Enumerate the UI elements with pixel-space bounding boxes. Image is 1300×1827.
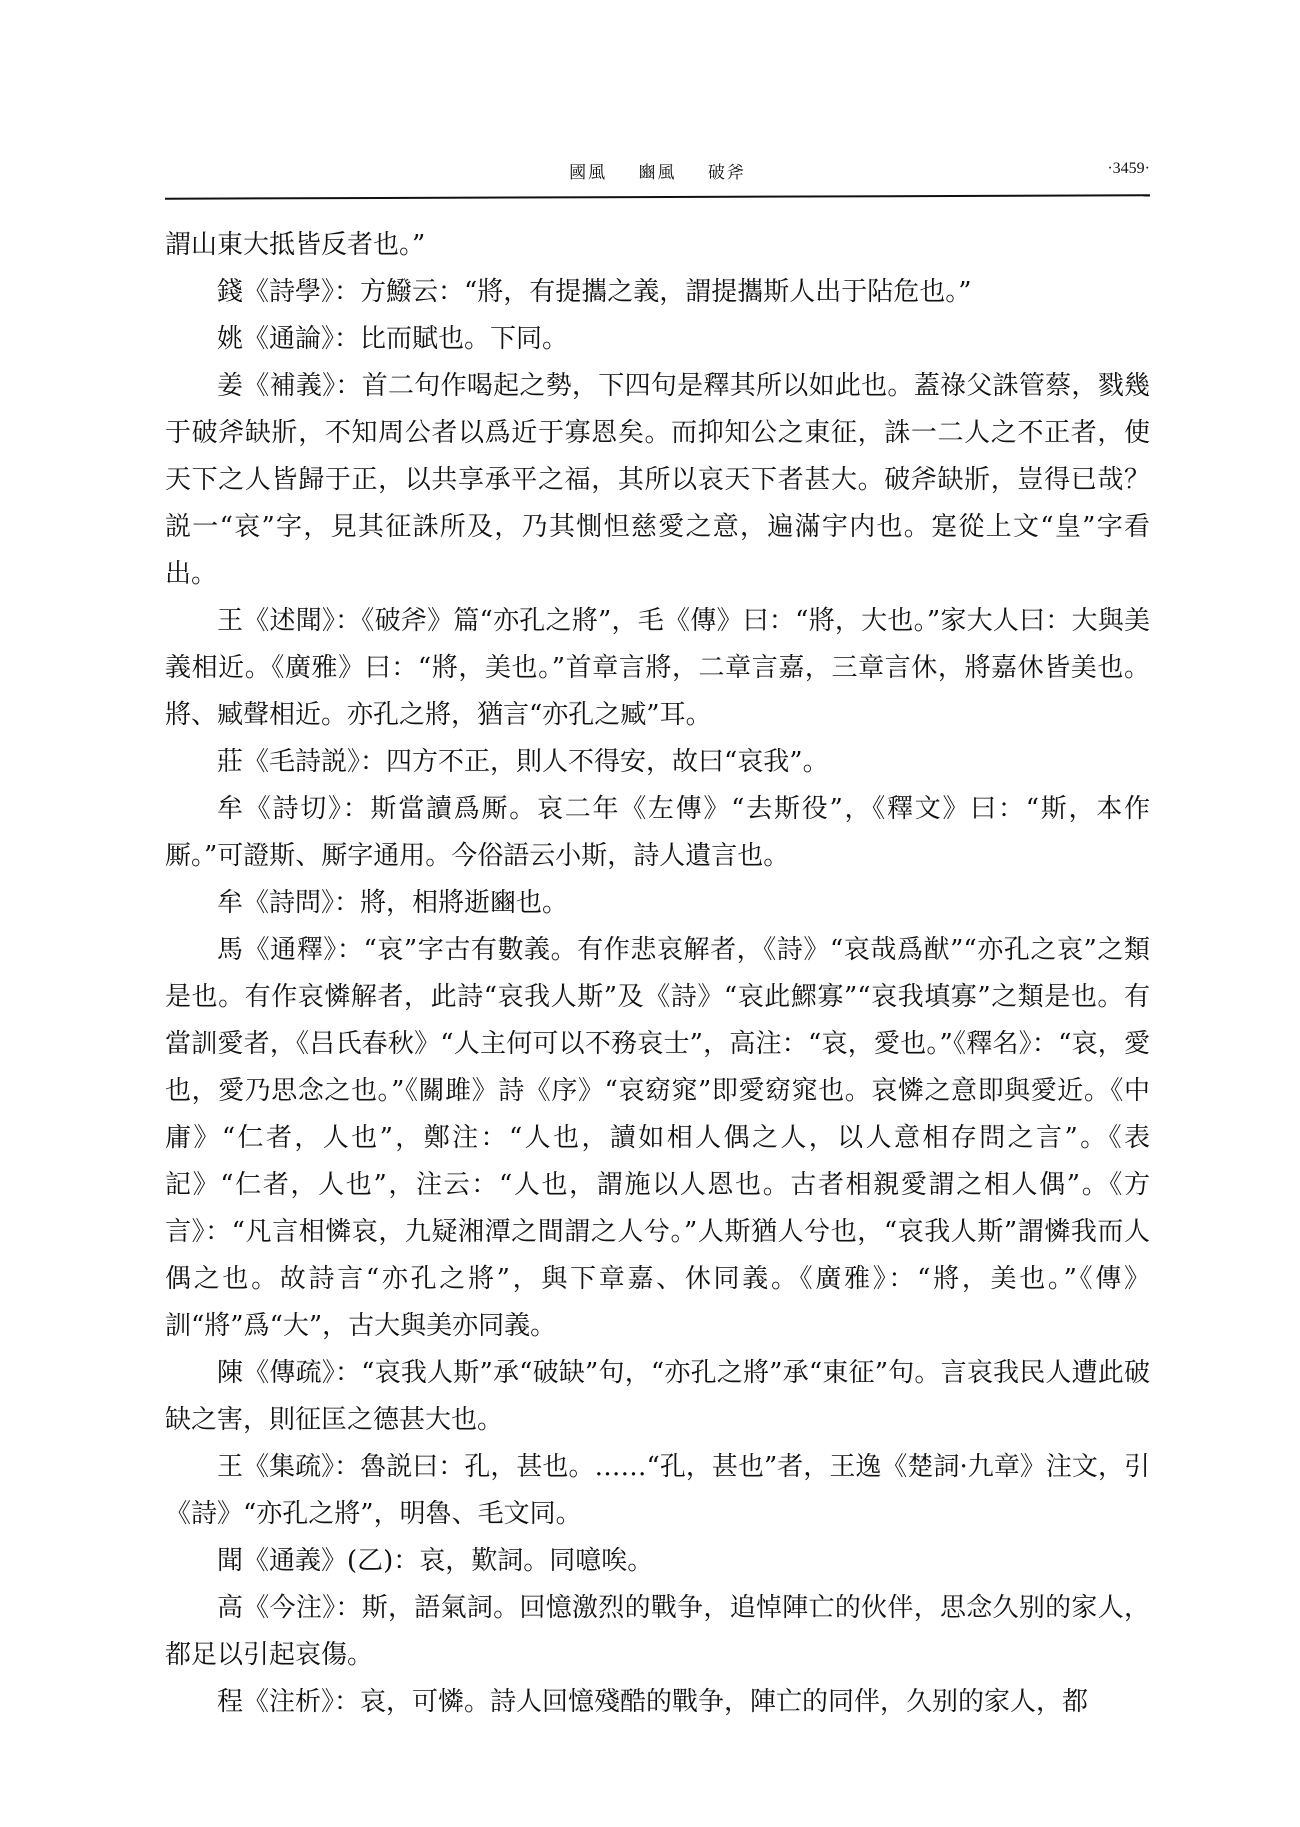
page-number: ·3459· (1107, 160, 1150, 178)
paragraph: 陳《傳疏》：“哀我人斯”承“破缺”句，“亦孔之將”承“東征”句。言哀我民人遭此破… (165, 1350, 1150, 1444)
header-section-1: 國風 (569, 163, 607, 183)
paragraph: 聞《通義》(乙)：哀，歎詞。同噫唉。 (165, 1538, 1150, 1585)
paragraph: 王《述聞》：《破斧》篇“亦孔之將”，毛《傳》曰：“將，大也。”家大人曰：大與美義… (165, 598, 1150, 739)
paragraph: 姜《補義》：首二句作喝起之勢，下四句是釋其所以如此也。蓋祿父誅管蔡，戮幾于破斧缺… (165, 363, 1150, 598)
paragraph: 程《注析》：哀，可憐。詩人回憶殘酷的戰争，陣亡的同伴，久别的家人，都 (165, 1679, 1150, 1726)
paragraph: 莊《毛詩説》：四方不正，則人不得安，故曰“哀我”。 (165, 739, 1150, 786)
paragraph: 牟《詩切》：斯當讀爲厮。哀二年《左傳》“去斯役”，《釋文》曰：“斯，本作厮。”可… (165, 786, 1150, 880)
paragraph: 高《今注》：斯，語氣詞。回憶激烈的戰争，追悼陣亡的伙伴，思念久别的家人，都足以引… (165, 1585, 1150, 1679)
header-section-2: 豳風 (639, 163, 677, 183)
paragraph: 馬《通釋》：“哀”字古有數義。有作悲哀解者，《詩》“哀哉爲猷”“亦孔之哀”之類是… (165, 927, 1150, 1350)
paragraph: 錢《詩學》：方鱍云：“將，有提攜之義，謂提攜斯人出于阽危也。” (165, 269, 1150, 316)
paragraph: 謂山東大抵皆反者也。” (165, 222, 1150, 269)
paragraph: 姚《通論》：比而賦也。下同。 (165, 316, 1150, 363)
page-body: 謂山東大抵皆反者也。” 錢《詩學》：方鱍云：“將，有提攜之義，謂提攜斯人出于阽危… (165, 222, 1150, 1726)
header-title: 國風 豳風 破斧 (165, 158, 1150, 183)
running-header: 國風 豳風 破斧 ·3459· (165, 158, 1150, 198)
paragraph: 王《集疏》：魯説曰：孔，甚也。……“孔，甚也”者，王逸《楚詞·九章》注文，引《詩… (165, 1444, 1150, 1538)
paragraph: 牟《詩問》：將，相將逝豳也。 (165, 880, 1150, 927)
header-section-3: 破斧 (708, 163, 746, 183)
